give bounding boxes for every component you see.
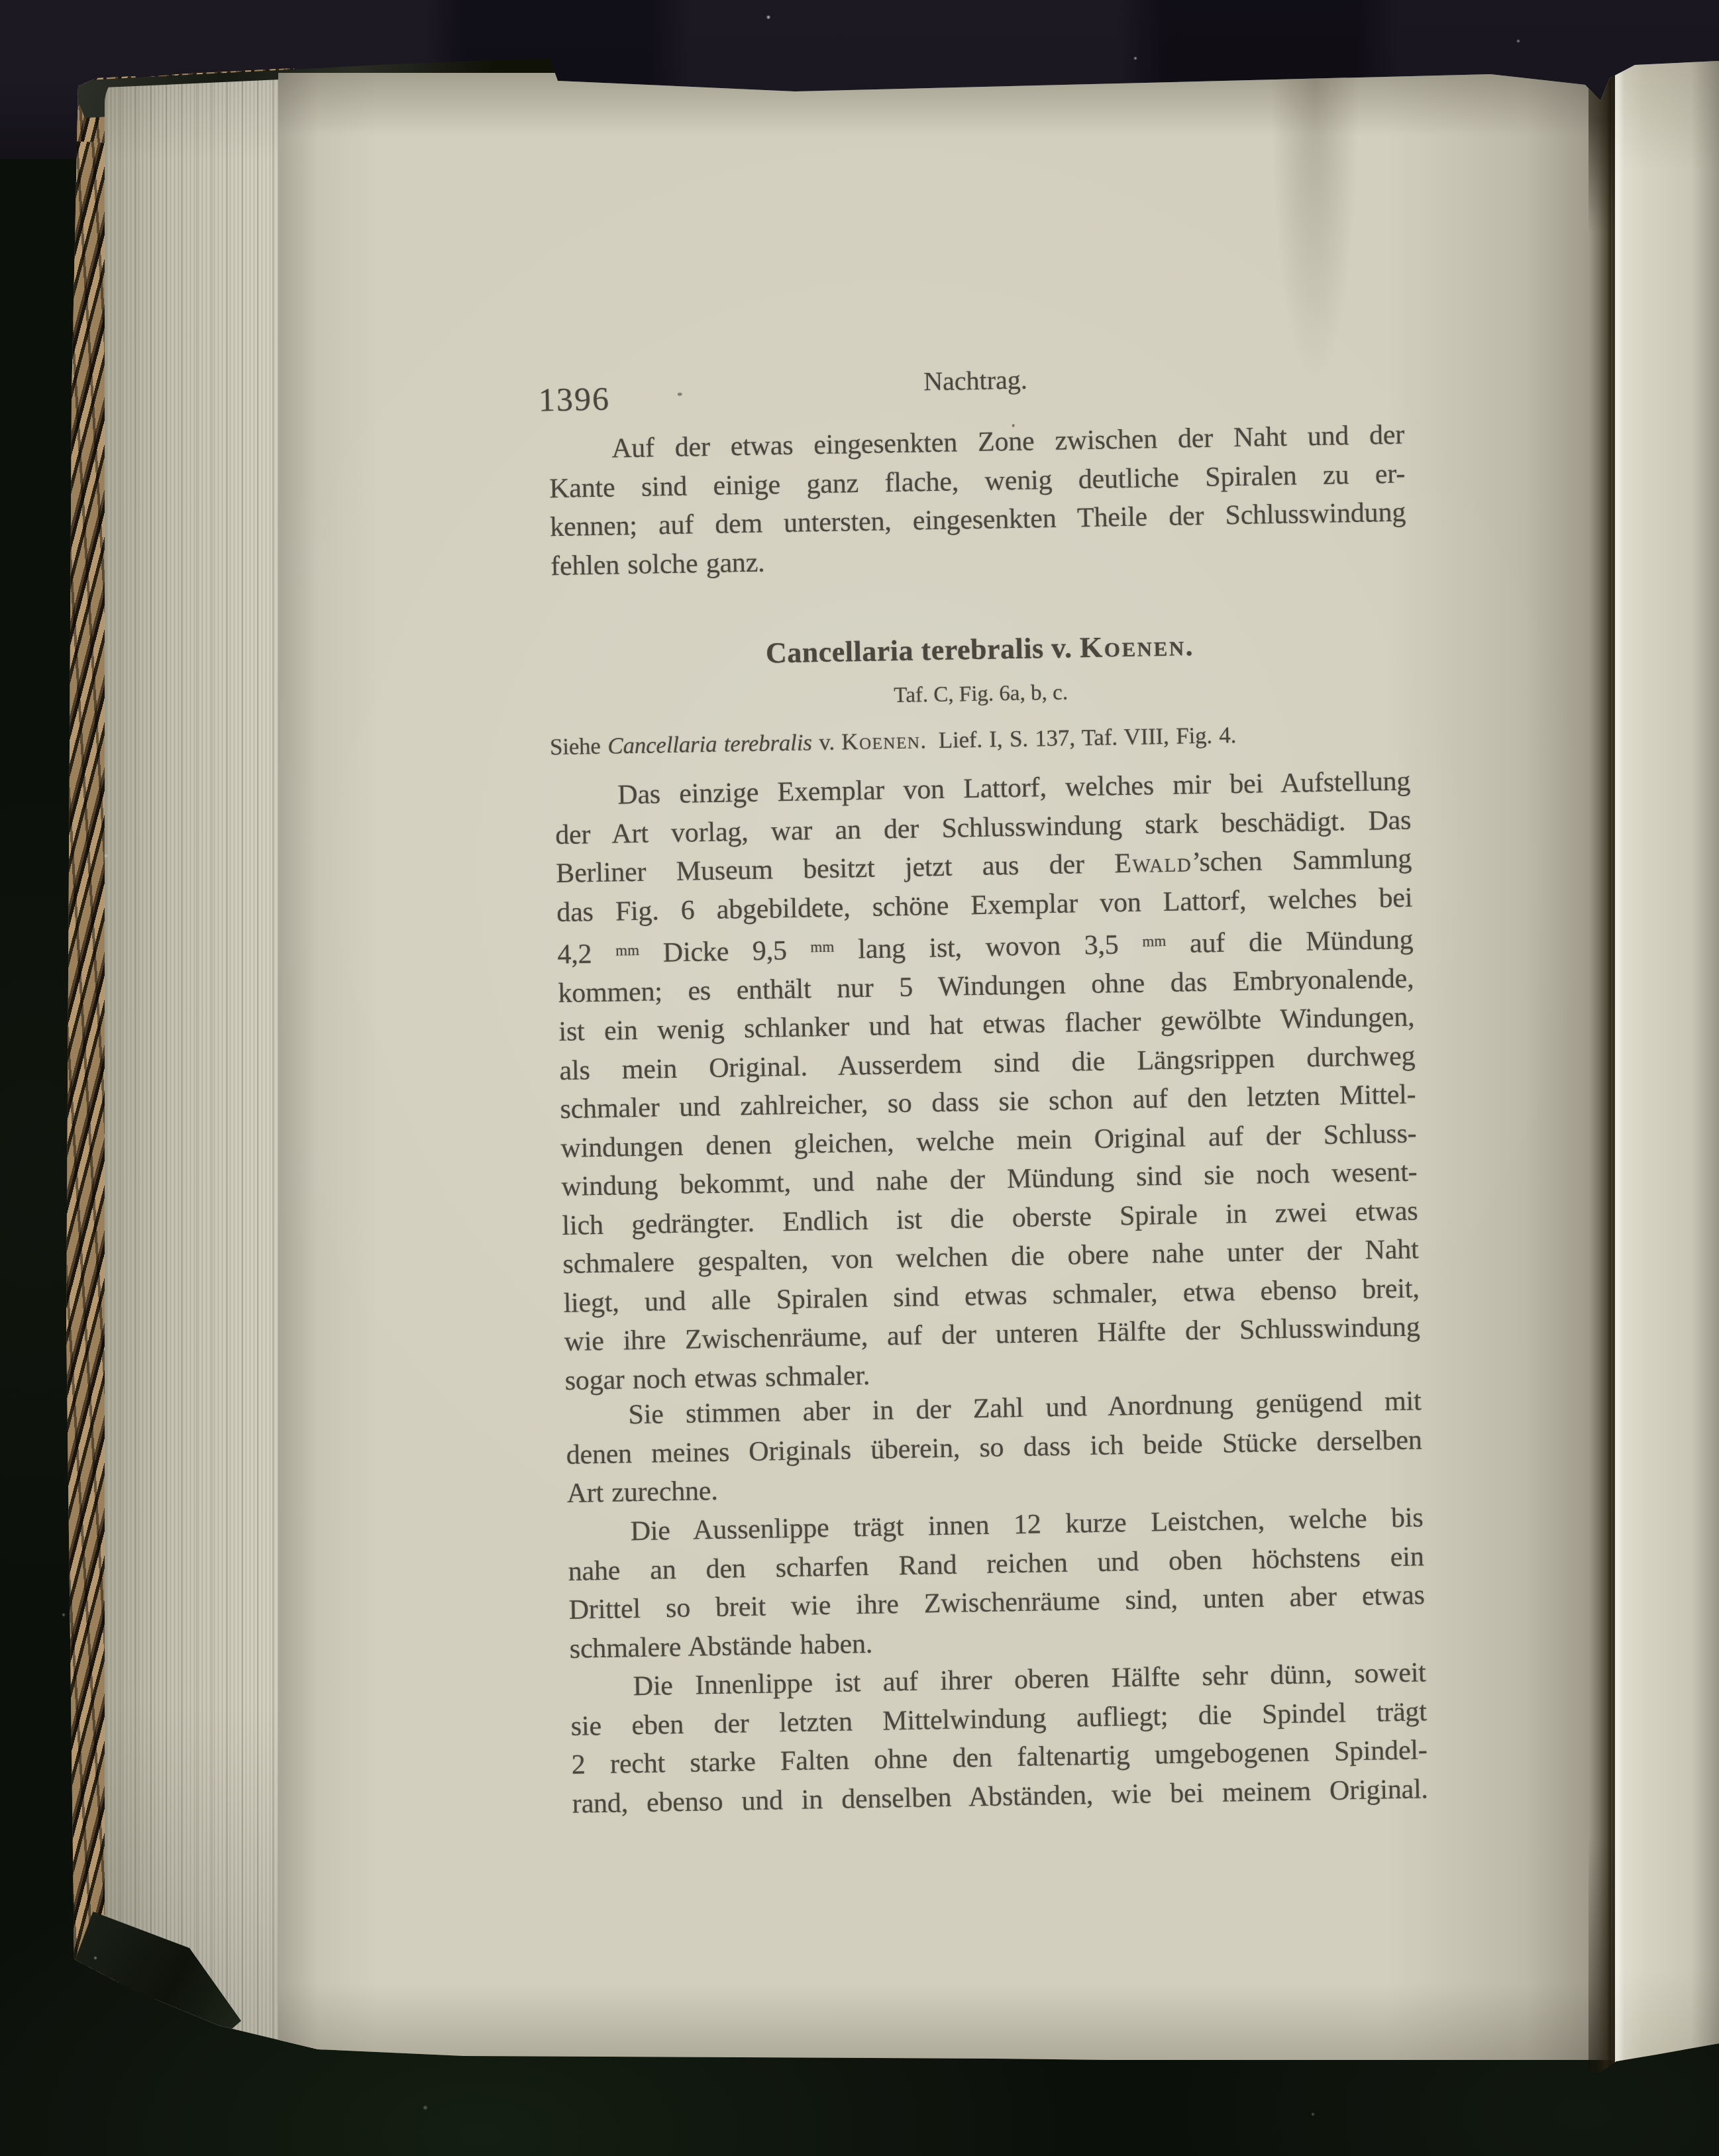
facing-page-edge xyxy=(1615,58,1719,2069)
page-text: 1396 Nachtrag. Auf der etwas eingesenkte… xyxy=(541,0,1434,2156)
paragraph-comparison: Sie stimmen aber in der Zahl und Anordnu… xyxy=(565,1382,1423,1513)
paragraph-outer-lip: Die Aussenlippe trägt innen 12 kurze Lei… xyxy=(567,1498,1426,1668)
scanned-book-photo: 1396 Nachtrag. Auf der etwas eingesenkte… xyxy=(0,0,1719,2156)
synonymy-line: Siehe Cancellaria terebralis v. Koenen. … xyxy=(550,717,1406,764)
paragraph-intro: Auf der etwas eingesenkten Zone zwischen… xyxy=(548,416,1407,586)
species-author: Koenen. xyxy=(1080,629,1195,664)
species-name: Cancellaria terebralis xyxy=(766,632,1044,669)
species-authority-prefix: v. xyxy=(1051,631,1072,664)
text-line: Siehe Cancellaria terebralis v. Koenen. … xyxy=(550,717,1406,764)
species-heading: Cancellaria terebralis v. Koenen. xyxy=(552,625,1408,674)
paragraph-inner-lip: Die Innenlippe ist auf ihrer oberen Hälf… xyxy=(570,1653,1428,1823)
paragraph-description: Das einzige Exemplar von Lattorf, welche… xyxy=(554,762,1421,1401)
plate-caption: Taf. C, Fig. 6a, b, c. xyxy=(552,675,1408,715)
running-head: Nachtrag. xyxy=(547,358,1404,404)
ink-fleck xyxy=(1012,424,1015,427)
